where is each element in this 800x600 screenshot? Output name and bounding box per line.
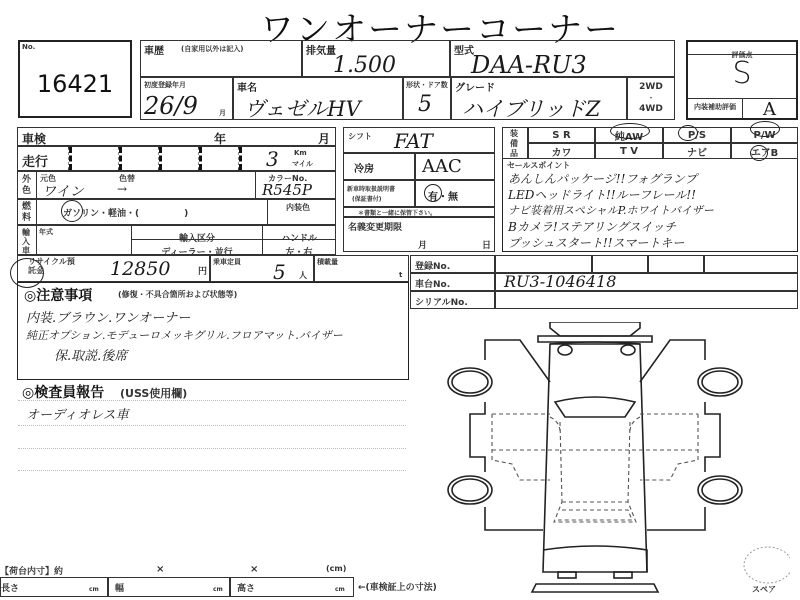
interior-score-label-box: 内装補助評価: [688, 98, 743, 119]
fuel-label: 燃料: [22, 202, 32, 224]
load-unit: t: [399, 271, 402, 279]
fuel-row: 燃料 ガソリン・軽油・( ) 内装色: [17, 199, 336, 225]
orig-color-value: ワイン: [42, 181, 84, 201]
car-name-field: 車名 ヴェゼルHV: [233, 77, 403, 120]
inspection-label: 車検: [22, 130, 46, 147]
name-change-label: 名義変更期限: [348, 220, 402, 233]
doors-label: 形状・ドア数: [406, 80, 448, 90]
first-registration-value: 26/9: [144, 92, 198, 120]
sales-points-label: セールスポイント: [507, 160, 796, 171]
cargo-length-field: 長さ cm: [0, 577, 108, 597]
history-label: 車歴: [144, 42, 164, 57]
circle-mark: [678, 125, 698, 141]
exterior-color-cell: 元色 ワイン 色替 →: [36, 172, 256, 198]
grade-label: グレード: [455, 79, 495, 94]
lot-number-box: No. 16421: [18, 40, 132, 118]
history-field: 車歴 (自家用以外は記入): [140, 40, 302, 77]
grade-value: ハイブリッドZ: [462, 93, 600, 123]
import-year-cell: 年式: [36, 226, 132, 254]
score-box: 評価点 S 内装補助評価 A: [686, 40, 798, 120]
inspector-sub: (USS使用欄): [120, 385, 187, 401]
interior-score-value: A: [743, 98, 796, 119]
mileage-digit-divider: [198, 147, 202, 170]
notes-line: 保.取説.後席: [54, 345, 127, 364]
score-header: 評価点: [688, 42, 796, 55]
drive-sep: ・: [628, 93, 674, 103]
cargo-times: ×: [156, 564, 164, 575]
import-year-label: 年式: [39, 227, 53, 237]
sales-point-line: ナビ装着用スペシャルP.ホワイトバイザー: [508, 203, 796, 219]
model-code-value: DAA-RU3: [471, 51, 587, 79]
chassis-value: RU3-1046418: [504, 272, 616, 291]
fuel-options-cell: ガソリン・軽油・( ): [36, 200, 268, 224]
inspector-label: ◎検査員報告: [22, 382, 104, 402]
cargo-unit: (cm): [326, 564, 346, 573]
manual-value-cell: 有・無: [415, 180, 495, 207]
exterior-color-row: 外色 元色 ワイン 色替 → カラーNo. R545P: [17, 171, 336, 199]
sales-points: セールスポイント あんしんパッケージ!!フォグランプ LEDヘッドライト!!ルー…: [504, 160, 796, 250]
equip-leather: カワ: [528, 143, 595, 159]
mileage-unit-km: Km: [294, 149, 307, 157]
cargo-height-field: 高さ cm: [230, 577, 354, 597]
car-name-label: 車名: [237, 79, 257, 94]
sales-point-line: プッシュスタート!!スマートキー: [508, 235, 796, 251]
recycle-field: リサイクル預託金 12850 円: [17, 255, 210, 282]
import-label: 輸入車: [22, 228, 32, 255]
inspector-rule: [18, 400, 406, 401]
car-damage-diagram: [440, 322, 790, 600]
cargo-width-field: 幅 cm: [108, 577, 230, 597]
chassis-label-cell: 車台No.: [410, 273, 495, 291]
cargo-label: 【荷台内寸】約: [0, 564, 63, 577]
cargo-height-label: 高さ: [237, 581, 255, 594]
mileage-value: 3: [266, 147, 279, 171]
recycle-label: リサイクル預託金: [28, 257, 78, 275]
recycle-value: 12850: [110, 258, 170, 280]
notes-box: ◎注意事項 (修復・不具合箇所および状態等) 内装.ブラウン.ワンオーナー 純正…: [17, 282, 409, 380]
equip-tv: T V: [595, 143, 663, 159]
handle-header: ハンドル: [262, 226, 335, 240]
ac-value-cell: AAC: [415, 153, 495, 180]
displacement-label: 排気量: [306, 42, 336, 57]
name-change-month: 月: [418, 238, 427, 251]
mileage-digit-divider: [238, 147, 242, 170]
import-row: 輸入車 年式 輸入区分 ディーラー・並行 ハンドル 左・右: [17, 225, 336, 255]
mileage-digit-divider: [68, 147, 72, 170]
mileage-label: 走行: [22, 151, 48, 170]
manual-label: 新車時取扱説明書: [347, 184, 395, 193]
spare-tire-icon: [744, 547, 790, 583]
displacement-value: 1.500: [333, 53, 396, 78]
history-note: (自家用以外は記入): [181, 44, 243, 54]
drive-2wd: 2WD: [628, 82, 674, 92]
shift-value: FAT: [394, 129, 433, 153]
load-field: 積載量 t: [314, 255, 409, 282]
exterior-label: 外色: [22, 175, 32, 197]
ac-label-cell: 冷房: [343, 153, 415, 180]
inspection-year: 年: [214, 130, 226, 147]
registration-value-cell: [495, 255, 592, 273]
inspector-rule: [18, 448, 406, 449]
handle-cell: 左・右: [262, 240, 335, 254]
grade-field: グレード ハイブリッドZ: [451, 77, 627, 120]
shift-label: シフト: [348, 131, 372, 142]
name-change-day: 日: [482, 238, 491, 251]
equipment-label: 装備品: [510, 129, 520, 159]
registration-value-cell: [648, 255, 704, 273]
doors-field: 形状・ドア数 5: [403, 77, 451, 120]
inspector-rule: [18, 425, 406, 426]
capacity-label: 乗車定員: [213, 257, 241, 267]
spare-label: スペア: [752, 584, 776, 595]
fuel-options: ガソリン・軽油・( ): [63, 206, 188, 219]
mileage-digit-divider: [118, 147, 122, 170]
mileage-digit-divider: [158, 147, 162, 170]
registration-value-cell: [592, 255, 648, 273]
shift-field: シフト FAT: [343, 127, 495, 153]
drive-field: 2WD ・ 4WD: [627, 77, 675, 120]
load-label: 積載量: [317, 257, 338, 267]
sales-point-line: あんしんパッケージ!!フォグランプ: [508, 171, 796, 187]
registration-label-cell: 登録No.: [410, 255, 495, 273]
circle-mark: [750, 145, 768, 161]
serial-label: シリアルNo.: [415, 295, 468, 308]
inspector-line: オーディオレス車: [26, 404, 129, 423]
car-name-value: ヴェゼルHV: [244, 93, 361, 123]
model-code-field: 型式 DAA-RU3: [450, 40, 675, 77]
serial-label-cell: シリアルNo.: [410, 291, 495, 309]
sales-point-line: Bカメラ!ステアリングスイッチ: [508, 219, 796, 235]
capacity-field: 乗車定員 5 人: [210, 255, 314, 282]
inspection-month: 月: [318, 130, 330, 147]
manual-options: 有・無: [428, 188, 458, 203]
capacity-value: 5: [273, 260, 286, 284]
manual-label-cell: 新車時取扱説明書 (保証書付): [343, 180, 415, 207]
interior-score-label: 内装補助評価: [694, 103, 736, 111]
registration-label: 登録No.: [415, 259, 450, 272]
cargo-note: ←(車検証上の寸法): [358, 580, 437, 593]
first-registration-unit: 月: [219, 108, 226, 118]
displacement-field: 排気量 1.500: [302, 40, 450, 77]
repaint-value: →: [117, 182, 127, 196]
ac-value: AAC: [422, 156, 462, 177]
manual-sub: (保証書付): [352, 194, 382, 203]
cargo-cm: cm: [213, 586, 223, 593]
import-category-cell: ディーラー・並行: [132, 240, 262, 254]
lot-number: 16421: [20, 70, 130, 98]
notes-label: ◎注意事項: [24, 285, 92, 305]
mileage-unit-mile: マイル: [292, 159, 313, 169]
circle-mark: [610, 123, 650, 139]
doors-value: 5: [418, 92, 432, 117]
equipment-label-cell: 装備品: [502, 127, 528, 159]
color-code-value: R545P: [262, 181, 312, 199]
inspector-rule: [18, 470, 406, 471]
first-registration-field: 初度登録年月 26/9 月: [140, 77, 233, 120]
ac-label: 冷房: [354, 160, 374, 175]
drive-4wd: 4WD: [628, 104, 674, 114]
score-value: S: [688, 56, 796, 91]
manual-note-cell: ＊書類と一緒に保管下さい。: [343, 207, 495, 217]
lot-number-label: No.: [22, 43, 35, 51]
recycle-unit: 円: [198, 264, 207, 277]
equip-sr: S R: [528, 127, 595, 143]
inspection-row: 車検 年 月: [17, 127, 336, 146]
serial-value-cell: [495, 291, 798, 309]
capacity-unit: 人: [299, 270, 307, 281]
cargo-cm: cm: [89, 586, 99, 593]
mileage-row: 走行 3 Km マイル: [17, 146, 336, 171]
cargo-width-label: 幅: [115, 581, 124, 594]
equip-navi: ナビ: [663, 143, 731, 159]
name-change-field: 名義変更期限 月 日: [343, 217, 495, 252]
import-category-header: 輸入区分: [132, 226, 262, 240]
cargo-cm: cm: [335, 586, 345, 593]
manual-note: ＊書類と一緒に保管下さい。: [358, 208, 436, 217]
registration-value-cell: [704, 255, 798, 273]
first-registration-label: 初度登録年月: [144, 80, 186, 90]
cargo-times: ×: [250, 564, 258, 575]
chassis-label: 車台No.: [415, 277, 450, 290]
interior-color-label: 内装色: [286, 202, 310, 213]
chassis-value-cell: RU3-1046418: [495, 273, 798, 291]
sales-point-line: LEDヘッドライト!!ルーフレール!!: [508, 187, 796, 203]
notes-line: 内装.ブラウン.ワンオーナー: [26, 307, 190, 326]
cargo-length-label: 長さ: [1, 581, 19, 594]
equipment-grid: S R 純AW P/S P/W カワ T V ナビ エアB: [528, 127, 798, 159]
circle-mark: [750, 121, 780, 137]
notes-sub: (修復・不具合箇所および状態等): [118, 289, 237, 300]
notes-line: 純正オプション.モデューロメッキグリル.フロアマット.バイザー: [26, 327, 343, 343]
